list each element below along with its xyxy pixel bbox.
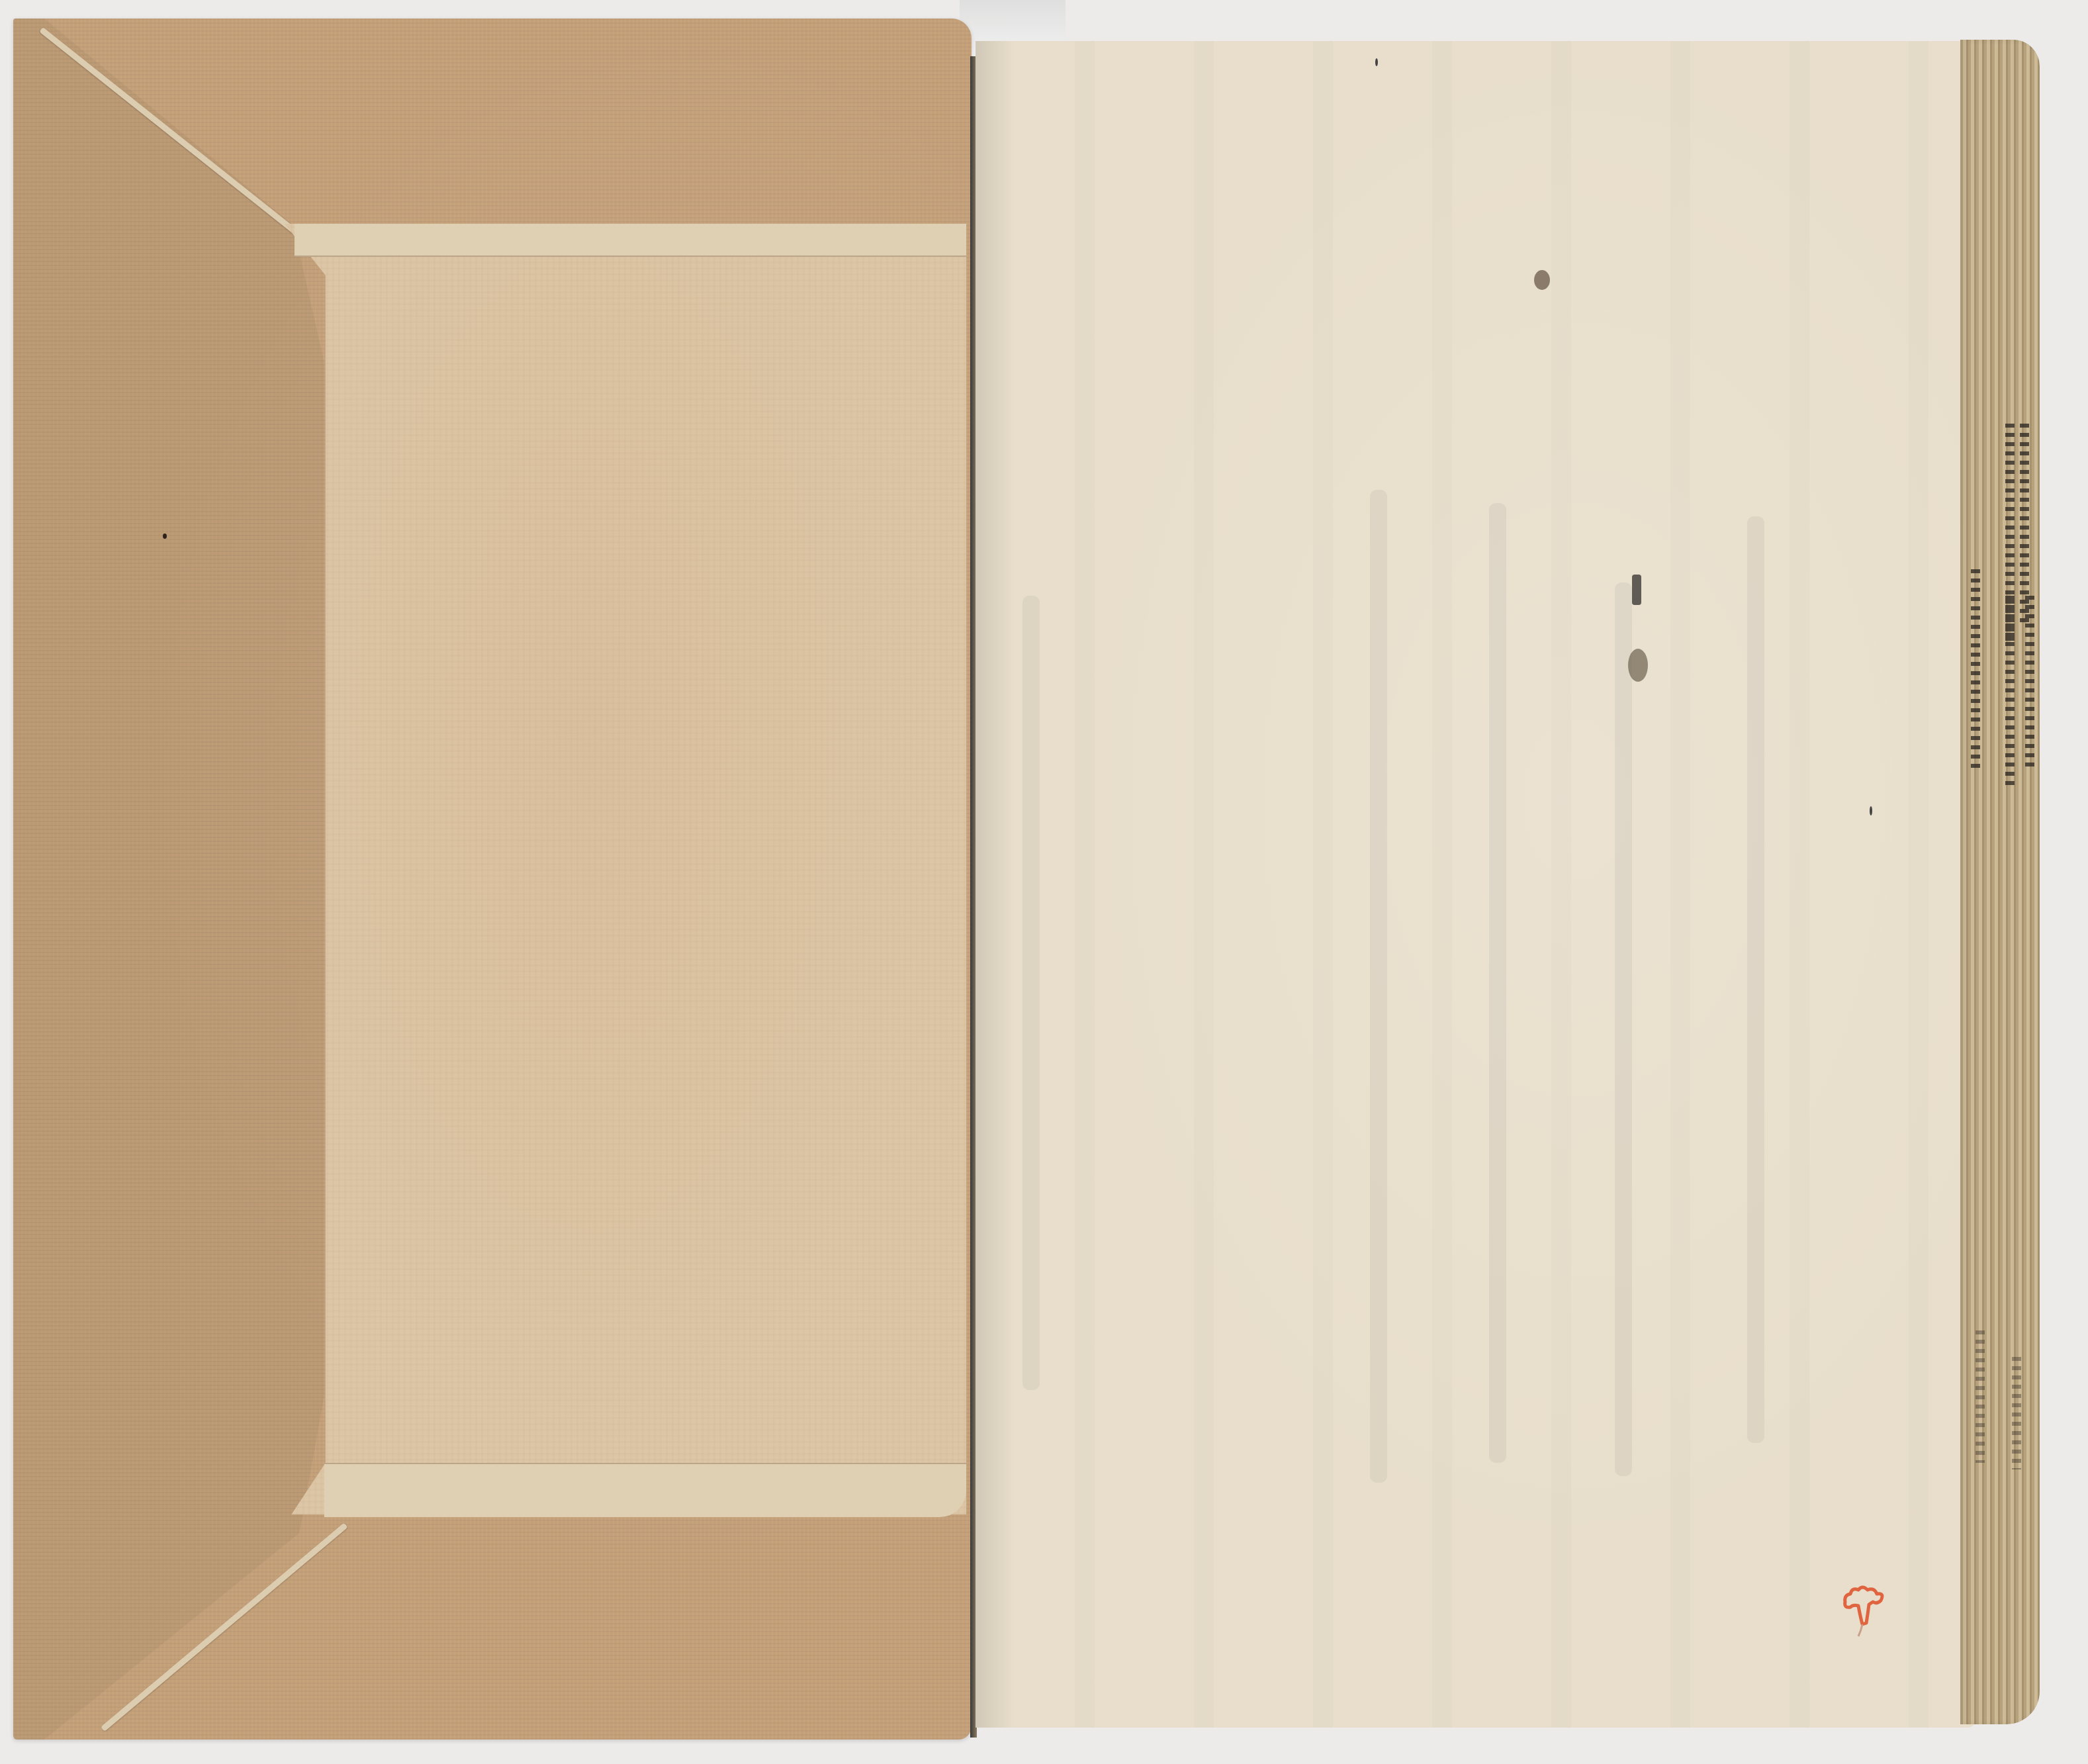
show-through-text: [1615, 582, 1632, 1476]
cover-paste-down-panel: [285, 224, 966, 1514]
ink-mark: [1632, 575, 1641, 605]
edge-handwriting: [1971, 569, 1980, 768]
cover-turn-in: [13, 19, 324, 1740]
panel-edge-bottom: [324, 1463, 966, 1517]
ink-spot: [1628, 649, 1648, 682]
ink-speck: [1870, 806, 1872, 815]
edge-handwriting: [2005, 596, 2015, 788]
book-photo: [0, 0, 2088, 1764]
edge-handwriting: [2012, 1357, 2021, 1469]
red-seal-icon: [1838, 1575, 1889, 1642]
show-through-text: [1022, 596, 1040, 1390]
edge-handwriting: [2025, 596, 2034, 768]
ink-spot: [163, 534, 167, 539]
show-through-text: [1489, 503, 1506, 1463]
show-through-text: [1747, 516, 1764, 1443]
show-through-text: [1370, 490, 1387, 1483]
edge-handwriting: [1975, 1330, 1985, 1463]
edge-handwriting: [2020, 424, 2029, 622]
first-leaf: [976, 41, 1975, 1728]
fore-edge-pages: [1960, 40, 2040, 1724]
ink-speck: [1375, 58, 1378, 66]
gutter-shadow: [976, 41, 1015, 1728]
panel-edge-top: [295, 224, 966, 257]
ink-spot: [1534, 270, 1550, 290]
